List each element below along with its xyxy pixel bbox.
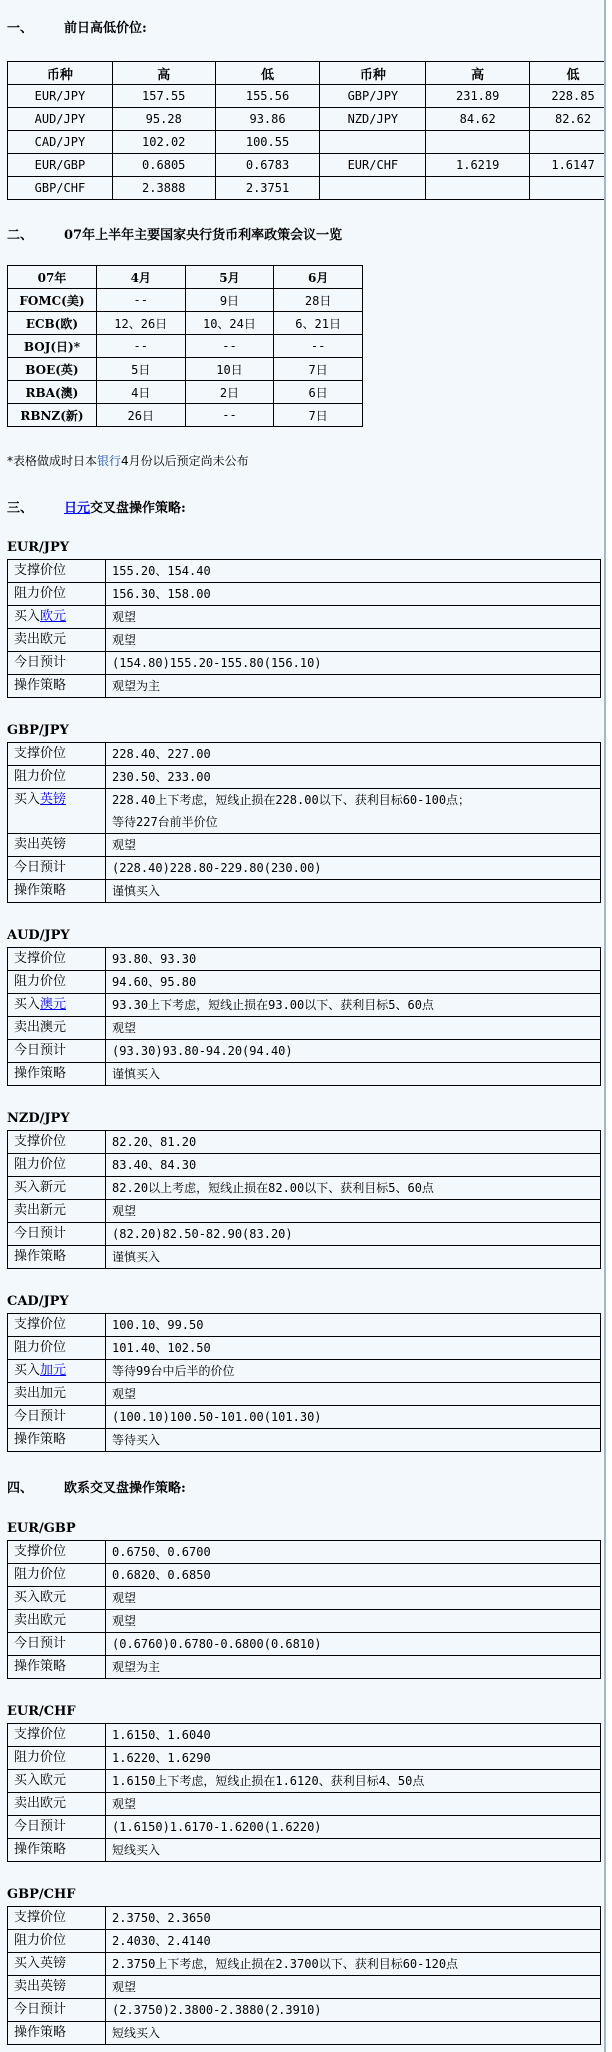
date-cell: 6、21日	[274, 312, 363, 335]
table-row: 阻力价位0.6820、0.6850	[8, 1564, 601, 1587]
table-row: 支撑价位2.3750、2.3650	[8, 1907, 601, 1930]
date-cell: 26日	[96, 404, 185, 427]
table-row: 阻力价位83.40、84.30	[8, 1154, 601, 1177]
row-label: 买入加元	[8, 1360, 106, 1383]
label-text: 买入	[14, 792, 40, 807]
row-value: 228.40、227.00	[106, 743, 601, 766]
row-value: 观望为主	[106, 675, 601, 698]
row-value: 谨慎买入	[106, 1246, 601, 1269]
table-row: CAD/JPY 102.02 100.55	[8, 131, 607, 154]
row-value: 观望	[106, 1610, 601, 1633]
pair-label: NZD/JPY	[7, 1111, 70, 1126]
table-row: BOJ(日)* -- -- --	[8, 335, 363, 358]
section-number: 四、	[7, 1477, 64, 1496]
row-value: 观望	[106, 629, 601, 652]
table-row: 买入欧元观望	[8, 1587, 601, 1610]
row-label: 操作策略	[8, 1063, 106, 1086]
row-label: 支撑价位	[8, 1724, 106, 1747]
table-row: 买入欧元观望	[8, 606, 601, 629]
row-value: 观望为主	[106, 1656, 601, 1679]
row-value: (93.30)93.80-94.20(94.40)	[106, 1040, 601, 1063]
date-cell: --	[185, 335, 274, 358]
section-3-heading: 三、日元交叉盘操作策略:	[7, 497, 186, 516]
high-cell: 0.6805	[112, 154, 215, 177]
row-value: 1.6220、1.6290	[106, 1747, 601, 1770]
row-label: 买入欧元	[8, 606, 106, 629]
row-label: 阻力价位	[8, 583, 106, 606]
header-cell: 高	[112, 62, 215, 85]
date-cell: --	[185, 404, 274, 427]
table-row: 今日预计(82.20)82.50-82.90(83.20)	[8, 1223, 601, 1246]
row-value: 0.6820、0.6850	[106, 1564, 601, 1587]
bank-cell: ECB(欧)	[8, 312, 97, 335]
table-row: 操作策略观望为主	[8, 1656, 601, 1679]
row-label: 操作策略	[8, 675, 106, 698]
table-row: ECB(欧) 12、26日 10、24日 6、21日	[8, 312, 363, 335]
low-cell: 82.62	[530, 108, 606, 131]
row-value: 观望	[106, 1017, 601, 1040]
low-cell: 0.6783	[215, 154, 320, 177]
header-cell: 6月	[274, 266, 363, 289]
date-cell: 6日	[274, 381, 363, 404]
row-label: 买入英镑	[8, 1953, 106, 1976]
document-page: 一、前日高低价位: 币种 高 低 币种 高 低 EUR/JPY 157.55 1…	[0, 0, 606, 2052]
table-row: 买入欧元1.6150上下考虑，短线止损在1.6120、获利目标4、50点	[8, 1770, 601, 1793]
row-value: 观望	[106, 606, 601, 629]
row-label: 卖出英镑	[8, 1976, 106, 1999]
strategy-table-audjpy: 支撑价位93.80、93.30 阻力价位94.60、95.80 买入澳元93.3…	[7, 947, 601, 1086]
table-row: 今日预计(228.40)228.80-229.80(230.00)	[8, 857, 601, 880]
high-cell	[426, 177, 530, 200]
row-label: 今日预计	[8, 1999, 106, 2022]
table-row: 阻力价位2.4030、2.4140	[8, 1930, 601, 1953]
label-text: 买入	[14, 997, 40, 1012]
row-label: 操作策略	[8, 1246, 106, 1269]
table-row: 今日预计(154.80)155.20-155.80(156.10)	[8, 652, 601, 675]
table-row: 阻力价位156.30、158.00	[8, 583, 601, 606]
high-cell: 231.89	[426, 85, 530, 108]
table-row: 操作策略等待买入	[8, 1429, 601, 1452]
table-row: EUR/GBP 0.6805 0.6783 EUR/CHF 1.6219 1.6…	[8, 154, 607, 177]
row-label: 买入英镑	[8, 789, 106, 834]
header-cell: 5月	[185, 266, 274, 289]
header-cell: 高	[426, 62, 530, 85]
row-label: 买入澳元	[8, 994, 106, 1017]
row-label: 阻力价位	[8, 1930, 106, 1953]
section-number: 三、	[7, 497, 64, 516]
date-cell: --	[274, 335, 363, 358]
strategy-table-nzdjpy: 支撑价位82.20、81.20 阻力价位83.40、84.30 买入新元82.2…	[7, 1130, 601, 1269]
strategy-table-cadjpy: 支撑价位100.10、99.50 阻力价位101.40、102.50 买入加元等…	[7, 1313, 601, 1452]
row-value: 82.20以上考虑，短线止损在82.00以下、获利目标5、60点	[106, 1177, 601, 1200]
pair-cell: CAD/JPY	[8, 131, 113, 154]
table-row: 操作策略观望为主	[8, 675, 601, 698]
table-header-row: 07年 4月 5月 6月	[8, 266, 363, 289]
table-row: 买入英镑2.3750上下考虑，短线止损在2.3700以下、获利目标60-120点	[8, 1953, 601, 1976]
row-value: 观望	[106, 1587, 601, 1610]
yen-link[interactable]: 日元	[64, 501, 90, 516]
strategy-table-eurchf: 支撑价位1.6150、1.6040 阻力价位1.6220、1.6290 买入欧元…	[7, 1723, 601, 1862]
pair-label: EUR/CHF	[7, 1704, 76, 1719]
footnote-text: 4月份以后预定尚未公布	[121, 454, 249, 468]
table-row: 操作策略谨慎买入	[8, 1246, 601, 1269]
table-row: BOE(英) 5日 10日 7日	[8, 358, 363, 381]
pair-label: AUD/JPY	[7, 928, 70, 943]
high-cell	[426, 131, 530, 154]
row-label: 阻力价位	[8, 971, 106, 994]
high-cell: 2.3888	[112, 177, 215, 200]
pair-cell	[320, 131, 426, 154]
table-row: 阻力价位101.40、102.50	[8, 1337, 601, 1360]
table-row: 买入英镑228.40上下考虑，短线止损在228.00以下、获利目标60-100点…	[8, 789, 601, 834]
date-cell: 4日	[96, 381, 185, 404]
table-row: 卖出欧元观望	[8, 629, 601, 652]
row-label: 卖出澳元	[8, 1017, 106, 1040]
table-row: 操作策略谨慎买入	[8, 1063, 601, 1086]
value-line: 等待227台前半价位	[112, 811, 600, 833]
central-bank-meetings-table: 07年 4月 5月 6月 FOMC(美) -- 9日 28日 ECB(欧) 12…	[7, 265, 363, 427]
row-label: 支撑价位	[8, 1541, 106, 1564]
high-cell: 1.6219	[426, 154, 530, 177]
table-row: 今日预计(1.6150)1.6170-1.6200(1.6220)	[8, 1816, 601, 1839]
row-value: 等待买入	[106, 1429, 601, 1452]
row-value: 等待99台中后半的价位	[106, 1360, 601, 1383]
row-value: (154.80)155.20-155.80(156.10)	[106, 652, 601, 675]
row-label: 今日预计	[8, 1633, 106, 1656]
table-row: 阻力价位94.60、95.80	[8, 971, 601, 994]
row-value: 93.30上下考虑，短线止损在93.00以下、获利目标5、60点	[106, 994, 601, 1017]
pair-label: GBP/JPY	[7, 723, 69, 738]
row-label: 阻力价位	[8, 1564, 106, 1587]
row-value: (100.10)100.50-101.00(101.30)	[106, 1406, 601, 1429]
row-value: 100.10、99.50	[106, 1314, 601, 1337]
header-cell: 币种	[320, 62, 426, 85]
row-value: 短线买入	[106, 2022, 601, 2045]
row-value: (1.6150)1.6170-1.6200(1.6220)	[106, 1816, 601, 1839]
table-row: 今日预计(2.3750)2.3800-2.3880(2.3910)	[8, 1999, 601, 2022]
date-cell: 10、24日	[185, 312, 274, 335]
bank-cell: RBNZ(新)	[8, 404, 97, 427]
footnote: *表格做成时日本银行4月份以后预定尚未公布	[7, 452, 249, 469]
row-label: 卖出欧元	[8, 1793, 106, 1816]
currency-link[interactable]: 澳元	[40, 997, 66, 1012]
table-row: 支撑价位93.80、93.30	[8, 948, 601, 971]
table-row: FOMC(美) -- 9日 28日	[8, 289, 363, 312]
strategy-table-gbpjpy: 支撑价位228.40、227.00 阻力价位230.50、233.00 买入英镑…	[7, 742, 601, 903]
table-row: 买入澳元93.30上下考虑，短线止损在93.00以下、获利目标5、60点	[8, 994, 601, 1017]
header-cell: 4月	[96, 266, 185, 289]
row-value: 谨慎买入	[106, 880, 601, 903]
row-value: 1.6150、1.6040	[106, 1724, 601, 1747]
table-row: 今日预计(93.30)93.80-94.20(94.40)	[8, 1040, 601, 1063]
date-cell: 12、26日	[96, 312, 185, 335]
row-label: 卖出英镑	[8, 834, 106, 857]
high-cell: 95.28	[112, 108, 215, 131]
row-value: (228.40)228.80-229.80(230.00)	[106, 857, 601, 880]
table-row: 阻力价位230.50、233.00	[8, 766, 601, 789]
row-label: 阻力价位	[8, 1154, 106, 1177]
section-title: 前日高低价位:	[64, 21, 147, 36]
high-cell: 84.62	[426, 108, 530, 131]
date-cell: 7日	[274, 358, 363, 381]
row-value: 2.3750上下考虑，短线止损在2.3700以下、获利目标60-120点	[106, 1953, 601, 1976]
row-value: 101.40、102.50	[106, 1337, 601, 1360]
table-row: 支撑价位0.6750、0.6700	[8, 1541, 601, 1564]
table-row: GBP/CHF 2.3888 2.3751	[8, 177, 607, 200]
high-cell: 157.55	[112, 85, 215, 108]
row-label: 卖出新元	[8, 1200, 106, 1223]
pair-cell: EUR/JPY	[8, 85, 113, 108]
row-label: 阻力价位	[8, 1747, 106, 1770]
row-label: 支撑价位	[8, 1314, 106, 1337]
table-row: 卖出新元观望	[8, 1200, 601, 1223]
pair-cell: NZD/JPY	[320, 108, 426, 131]
pair-cell	[320, 177, 426, 200]
table-row: 支撑价位1.6150、1.6040	[8, 1724, 601, 1747]
low-cell: 2.3751	[215, 177, 320, 200]
date-cell: --	[96, 289, 185, 312]
header-cell: 07年	[8, 266, 97, 289]
header-cell: 低	[530, 62, 606, 85]
bank-cell: FOMC(美)	[8, 289, 97, 312]
section-title: 欧系交叉盘操作策略:	[64, 1481, 186, 1496]
low-cell: 1.6147	[530, 154, 606, 177]
row-label: 今日预计	[8, 1406, 106, 1429]
row-value: 2.4030、2.4140	[106, 1930, 601, 1953]
row-value: (82.20)82.50-82.90(83.20)	[106, 1223, 601, 1246]
table-row: 支撑价位100.10、99.50	[8, 1314, 601, 1337]
row-label: 支撑价位	[8, 1131, 106, 1154]
pair-cell: AUD/JPY	[8, 108, 113, 131]
row-value: (2.3750)2.3800-2.3880(2.3910)	[106, 1999, 601, 2022]
table-row: 买入加元等待99台中后半的价位	[8, 1360, 601, 1383]
currency-link[interactable]: 欧元	[40, 609, 66, 624]
strategy-table-eurgbp: 支撑价位0.6750、0.6700 阻力价位0.6820、0.6850 买入欧元…	[7, 1540, 601, 1679]
table-row: 支撑价位155.20、154.40	[8, 560, 601, 583]
row-label: 操作策略	[8, 1839, 106, 1862]
date-cell: --	[96, 335, 185, 358]
currency-link[interactable]: 英镑	[40, 792, 66, 807]
table-header-row: 币种 高 低 币种 高 低	[8, 62, 607, 85]
section-1-heading: 一、前日高低价位:	[7, 17, 147, 36]
footnote-text: *表格做成时日本	[7, 454, 97, 468]
pair-cell: EUR/GBP	[8, 154, 113, 177]
section-2-heading: 二、07年上半年主要国家央行货币利率政策会议一览	[7, 224, 342, 243]
low-cell: 93.86	[215, 108, 320, 131]
header-cell: 币种	[8, 62, 113, 85]
value-line: 228.40上下考虑，短线止损在228.00以下、获利目标60-100点；	[112, 789, 600, 811]
row-value: 观望	[106, 1976, 601, 1999]
row-label: 操作策略	[8, 1656, 106, 1679]
row-label: 今日预计	[8, 1816, 106, 1839]
section-number: 二、	[7, 224, 64, 243]
row-label: 卖出加元	[8, 1383, 106, 1406]
low-cell: 155.56	[215, 85, 320, 108]
pair-cell: GBP/CHF	[8, 177, 113, 200]
row-value: (0.6760)0.6780-0.6800(0.6810)	[106, 1633, 601, 1656]
pair-cell: EUR/CHF	[320, 154, 426, 177]
table-row: 阻力价位1.6220、1.6290	[8, 1747, 601, 1770]
bank-link[interactable]: 银行	[97, 454, 121, 468]
row-value: 230.50、233.00	[106, 766, 601, 789]
low-cell	[530, 177, 606, 200]
row-label: 买入欧元	[8, 1587, 106, 1610]
bank-cell: BOE(英)	[8, 358, 97, 381]
row-value: 观望	[106, 834, 601, 857]
row-label: 买入新元	[8, 1177, 106, 1200]
row-label: 阻力价位	[8, 1337, 106, 1360]
pair-label: EUR/GBP	[7, 1521, 76, 1536]
table-row: 今日预计(100.10)100.50-101.00(101.30)	[8, 1406, 601, 1429]
row-label: 支撑价位	[8, 948, 106, 971]
prev-high-low-table: 币种 高 低 币种 高 低 EUR/JPY 157.55 155.56 GBP/…	[7, 61, 606, 200]
table-row: 支撑价位228.40、227.00	[8, 743, 601, 766]
row-value: 228.40上下考虑，短线止损在228.00以下、获利目标60-100点；等待2…	[106, 789, 601, 834]
currency-link[interactable]: 加元	[40, 1363, 66, 1378]
strategy-table-gbpchf: 支撑价位2.3750、2.3650 阻力价位2.4030、2.4140 买入英镑…	[7, 1906, 601, 2045]
low-cell	[530, 131, 606, 154]
table-row: 支撑价位82.20、81.20	[8, 1131, 601, 1154]
low-cell: 100.55	[215, 131, 320, 154]
row-value: 83.40、84.30	[106, 1154, 601, 1177]
date-cell: 9日	[185, 289, 274, 312]
row-value: 156.30、158.00	[106, 583, 601, 606]
low-cell: 228.85	[530, 85, 606, 108]
table-row: 今日预计(0.6760)0.6780-0.6800(0.6810)	[8, 1633, 601, 1656]
row-label: 支撑价位	[8, 560, 106, 583]
table-row: 卖出欧元观望	[8, 1610, 601, 1633]
row-label: 卖出欧元	[8, 629, 106, 652]
high-cell: 102.02	[112, 131, 215, 154]
row-value: 观望	[106, 1383, 601, 1406]
table-row: 操作策略短线买入	[8, 2022, 601, 2045]
row-label: 阻力价位	[8, 766, 106, 789]
row-value: 1.6150上下考虑，短线止损在1.6120、获利目标4、50点	[106, 1770, 601, 1793]
date-cell: 10日	[185, 358, 274, 381]
row-value: 谨慎买入	[106, 1063, 601, 1086]
table-row: 卖出澳元观望	[8, 1017, 601, 1040]
row-label: 操作策略	[8, 1429, 106, 1452]
section-title: 07年上半年主要国家央行货币利率政策会议一览	[64, 228, 342, 243]
table-row: AUD/JPY 95.28 93.86 NZD/JPY 84.62 82.62	[8, 108, 607, 131]
row-value: 观望	[106, 1200, 601, 1223]
row-label: 今日预计	[8, 1040, 106, 1063]
table-row: 卖出英镑观望	[8, 1976, 601, 1999]
table-row: EUR/JPY 157.55 155.56 GBP/JPY 231.89 228…	[8, 85, 607, 108]
table-row: 操作策略短线买入	[8, 1839, 601, 1862]
row-label: 今日预计	[8, 652, 106, 675]
strategy-table-eurjpy: 支撑价位155.20、154.40 阻力价位156.30、158.00 买入欧元…	[7, 559, 601, 698]
row-label: 卖出欧元	[8, 1610, 106, 1633]
row-value: 93.80、93.30	[106, 948, 601, 971]
table-row: RBNZ(新) 26日 -- 7日	[8, 404, 363, 427]
label-text: 买入	[14, 1363, 40, 1378]
row-value: 94.60、95.80	[106, 971, 601, 994]
row-label: 今日预计	[8, 857, 106, 880]
bank-cell: BOJ(日)*	[8, 335, 97, 358]
date-cell: 7日	[274, 404, 363, 427]
row-label: 支撑价位	[8, 743, 106, 766]
row-value: 0.6750、0.6700	[106, 1541, 601, 1564]
date-cell: 5日	[96, 358, 185, 381]
section-number: 一、	[7, 17, 64, 36]
section-4-heading: 四、欧系交叉盘操作策略:	[7, 1477, 186, 1496]
table-row: 卖出英镑观望	[8, 834, 601, 857]
pair-label: EUR/JPY	[7, 540, 69, 555]
date-cell: 28日	[274, 289, 363, 312]
pair-label: GBP/CHF	[7, 1887, 75, 1902]
bank-cell: RBA(澳)	[8, 381, 97, 404]
row-label: 操作策略	[8, 880, 106, 903]
row-value: 观望	[106, 1793, 601, 1816]
date-cell: 2日	[185, 381, 274, 404]
row-label: 买入欧元	[8, 1770, 106, 1793]
header-cell: 低	[215, 62, 320, 85]
table-row: 卖出欧元观望	[8, 1793, 601, 1816]
pair-cell: GBP/JPY	[320, 85, 426, 108]
table-row: 操作策略谨慎买入	[8, 880, 601, 903]
row-label: 操作策略	[8, 2022, 106, 2045]
table-row: RBA(澳) 4日 2日 6日	[8, 381, 363, 404]
table-row: 卖出加元观望	[8, 1383, 601, 1406]
row-value: 82.20、81.20	[106, 1131, 601, 1154]
row-value: 155.20、154.40	[106, 560, 601, 583]
section-title: 交叉盘操作策略:	[90, 501, 186, 516]
label-text: 买入	[14, 609, 40, 624]
row-value: 2.3750、2.3650	[106, 1907, 601, 1930]
pair-label: CAD/JPY	[7, 1294, 69, 1309]
table-row: 买入新元82.20以上考虑，短线止损在82.00以下、获利目标5、60点	[8, 1177, 601, 1200]
row-label: 支撑价位	[8, 1907, 106, 1930]
row-value: 短线买入	[106, 1839, 601, 1862]
row-label: 今日预计	[8, 1223, 106, 1246]
